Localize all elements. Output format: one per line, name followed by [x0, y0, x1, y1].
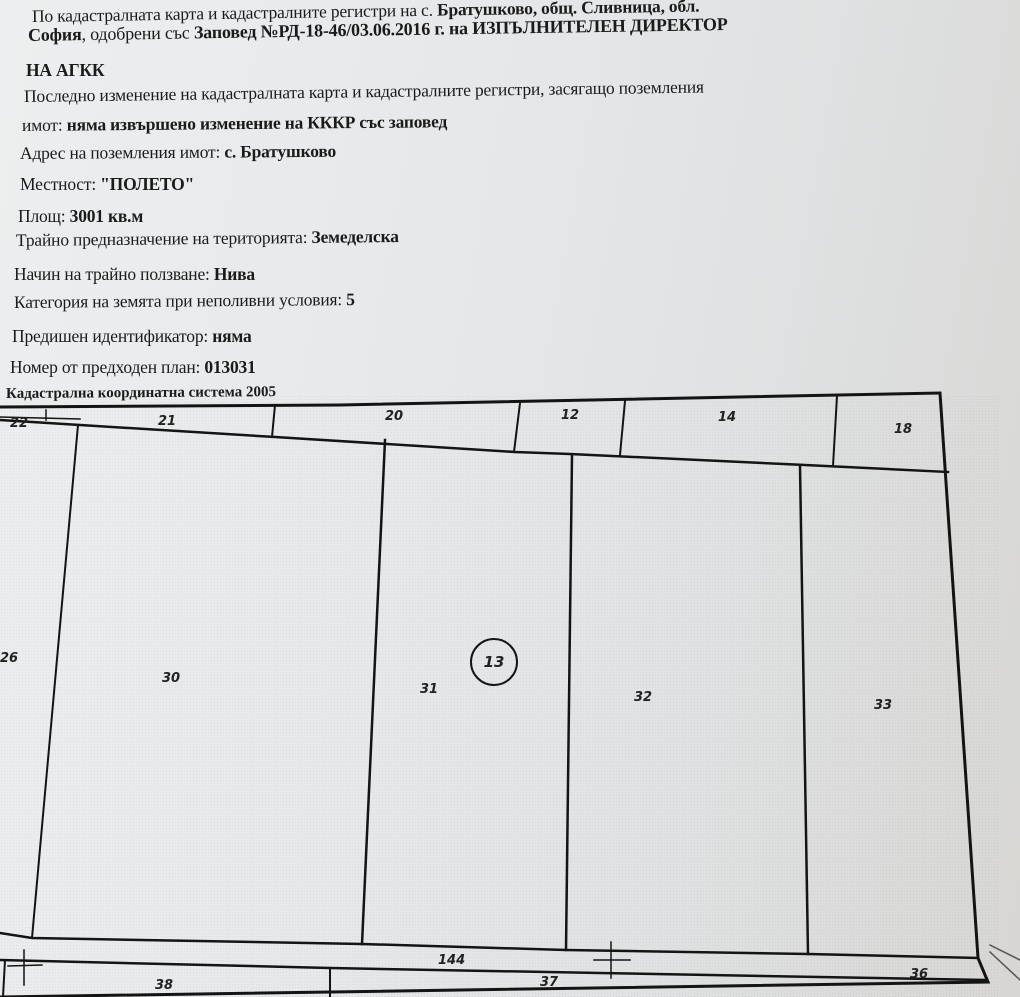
parcel-label-32: 32: [634, 690, 652, 705]
parcel-label-18: 18: [894, 422, 912, 437]
field-value: няма извършено изменение на КККР със зап…: [67, 111, 448, 134]
field-label: Местност:: [20, 174, 100, 194]
parcel-label-33: 33: [874, 698, 892, 713]
field-label: Адрес на поземления имот:: [20, 142, 224, 163]
field-label: Последно изменение на кадастралната карт…: [24, 77, 704, 106]
field-label: Площ:: [18, 206, 70, 226]
map-frame: [0, 393, 988, 997]
field-value: 5: [346, 289, 355, 309]
agency-name: НА АГКК: [26, 60, 104, 80]
field-label: Трайно предназначение на територията:: [16, 227, 312, 250]
header-label: , одобрени със: [81, 22, 194, 44]
field-label: Категория на земята при неполивни услови…: [14, 289, 346, 312]
boundary-line: [0, 420, 948, 472]
field-purpose: Трайно предназначение на територията: Зе…: [16, 226, 399, 251]
field-last-change-value: имот: няма извършено изменение на КККР с…: [22, 111, 447, 136]
parcel-label-31: 31: [420, 682, 438, 697]
parcel-label-30: 30: [162, 671, 180, 686]
field-value: "ПОЛЕТО": [100, 174, 194, 194]
header-value: София: [28, 24, 82, 45]
field-label: Номер от предходен план:: [10, 357, 204, 377]
field-value: няма: [212, 326, 251, 346]
cadastral-map: 22 21 20 12 14 18 26 30 31 32 33 144 38 …: [0, 380, 1020, 997]
field-land-category: Категория на земята при неполивни услови…: [14, 289, 355, 313]
field-value: 013031: [204, 357, 255, 377]
field-previous-plan-number: Номер от предходен план: 013031: [10, 357, 256, 378]
field-value: Земеделска: [311, 226, 398, 247]
parcel-label-20: 20: [385, 409, 403, 424]
field-usage: Начин на трайно ползване: Нива: [14, 264, 255, 285]
parcel-label-144: 144: [438, 953, 465, 968]
field-label: Начин на трайно ползване:: [14, 264, 214, 284]
parcel-label-26: 26: [0, 651, 18, 666]
subject-parcel-label: 13: [484, 653, 505, 671]
field-label: Предишен идентификатор:: [12, 326, 212, 346]
parcel-label-12: 12: [561, 408, 579, 423]
cadastral-sketch-page: По кадастралната карта и кадастралните р…: [0, 0, 1020, 997]
parcel-label-38: 38: [155, 978, 173, 993]
field-value: с. Братушково: [224, 141, 336, 162]
field-value: 3001 кв.м: [70, 206, 143, 226]
field-label: имот:: [22, 115, 67, 135]
parcel-label-36: 36: [910, 967, 928, 982]
parcel-label-22: 22: [10, 416, 28, 431]
field-last-change: Последно изменение на кадастралната карт…: [24, 77, 704, 107]
header-line-3: НА АГКК: [26, 60, 104, 81]
field-area: Площ: 3001 кв.м: [18, 206, 143, 227]
field-locality: Местност: "ПОЛЕТО": [20, 174, 194, 195]
field-previous-id: Предишен идентификатор: няма: [12, 326, 252, 347]
field-address: Адрес на поземления имот: с. Братушково: [20, 141, 336, 164]
field-value: Нива: [214, 264, 255, 284]
parcel-label-37: 37: [540, 975, 559, 990]
parcel-label-14: 14: [718, 410, 736, 425]
parcel-label-21: 21: [158, 414, 176, 429]
